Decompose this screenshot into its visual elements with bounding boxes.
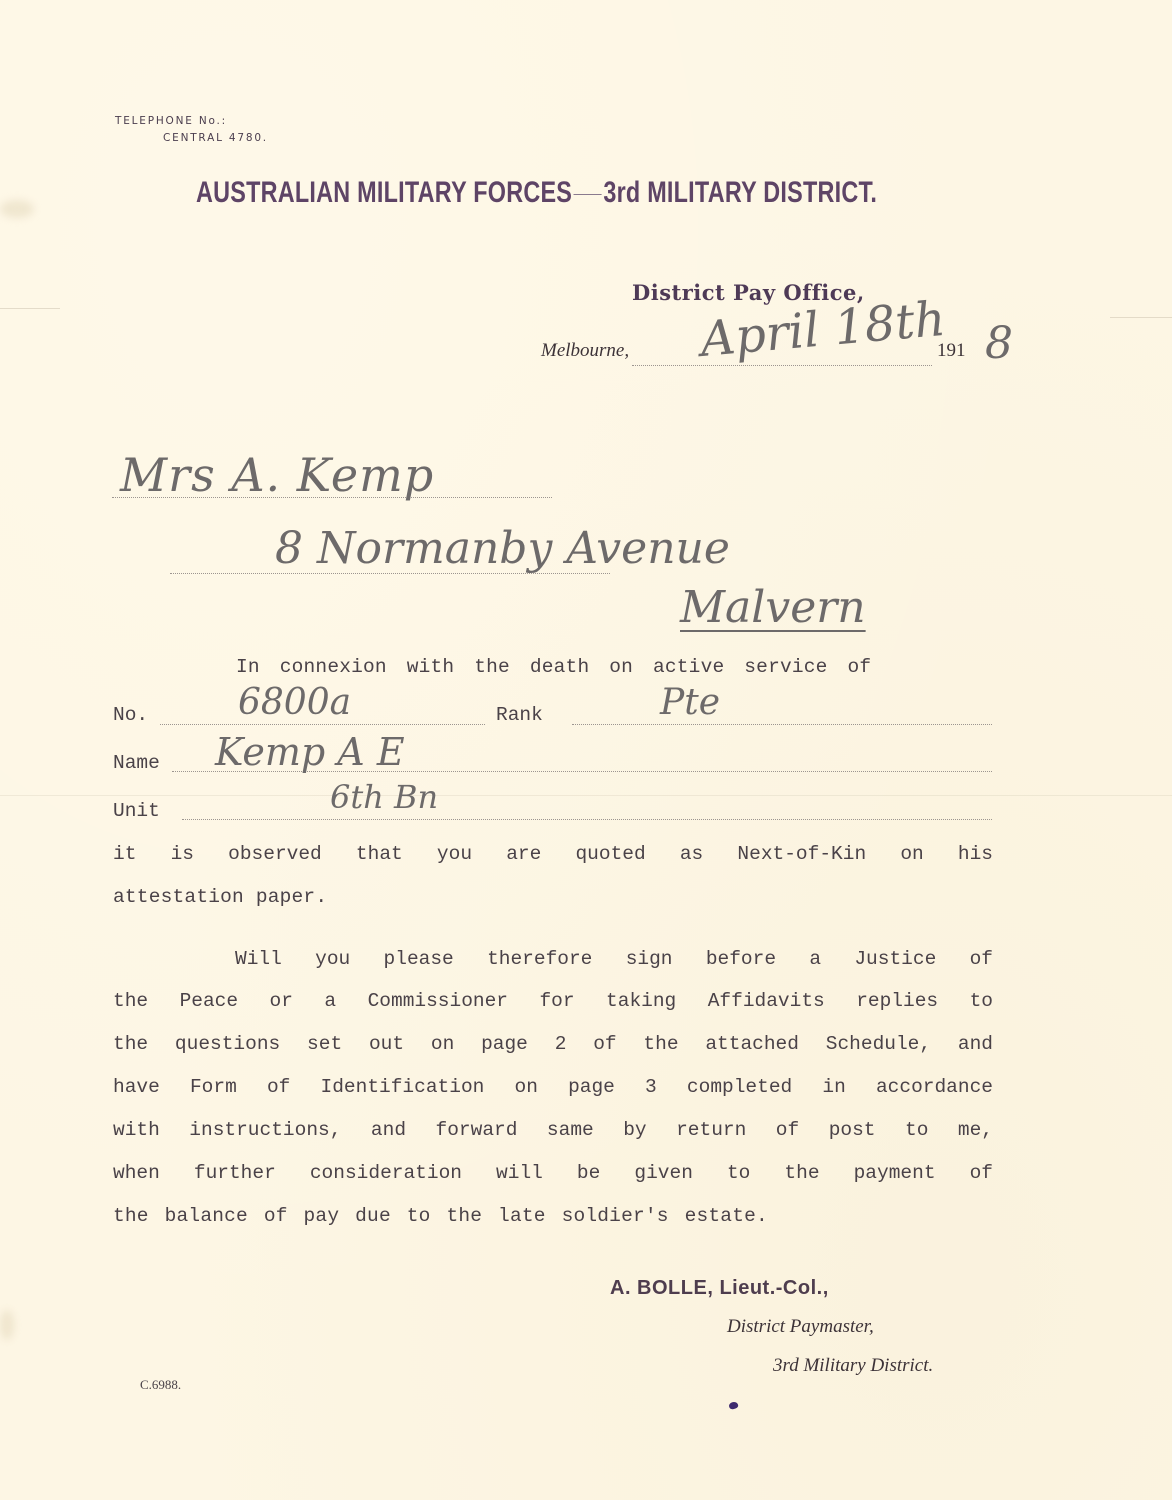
paper-stain bbox=[0, 200, 34, 218]
addressee-suburb: Malvern bbox=[680, 582, 866, 633]
heading-dash bbox=[574, 194, 602, 195]
no-label: No. bbox=[113, 704, 148, 726]
observation-line-1: it is observed that you are quoted as Ne… bbox=[113, 843, 993, 865]
intro-line: In connexion with the death on active se… bbox=[236, 656, 871, 678]
signatory-title-1: District Paymaster, bbox=[727, 1316, 874, 1338]
request-line-1: Will you please therefore sign before a … bbox=[235, 948, 993, 970]
telephone-label: TELEPHONE No.: bbox=[115, 113, 268, 130]
request-line-4: have Form of Identification on page 3 co… bbox=[113, 1076, 993, 1098]
request-line-7: the balance of pay due to the late soldi… bbox=[113, 1205, 768, 1227]
unit-value: 6th Bn bbox=[330, 778, 438, 816]
rank-field-line bbox=[572, 724, 992, 725]
name-value: Kemp A E bbox=[215, 730, 405, 774]
paper-fold-left bbox=[0, 308, 60, 309]
observation-line-2: attestation paper. bbox=[113, 886, 327, 908]
no-value: 6800a bbox=[238, 682, 351, 723]
request-line-2: the Peace or a Commissioner for taking A… bbox=[113, 990, 993, 1012]
paper-fold-middle bbox=[0, 795, 1172, 796]
handwritten-year-digit: 8 bbox=[985, 318, 1013, 369]
no-field-line bbox=[160, 724, 485, 725]
request-line-5: with instructions, and forward same by r… bbox=[113, 1119, 993, 1141]
city-label: Melbourne, bbox=[541, 340, 629, 362]
rank-value: Pte bbox=[660, 682, 720, 723]
paper-fold-right bbox=[1110, 317, 1172, 318]
signatory-name: A. BOLLE, Lieut.-Col., bbox=[610, 1277, 829, 1300]
form-code: C.6988. bbox=[140, 1377, 181, 1393]
district-name: 3rd MILITARY DISTRICT. bbox=[603, 176, 877, 209]
letterhead-heading: AUSTRALIAN MILITARY FORCES3rd MILITARY D… bbox=[196, 176, 877, 210]
organisation-name: AUSTRALIAN MILITARY FORCES bbox=[196, 176, 572, 209]
unit-field-line bbox=[182, 819, 992, 820]
addressee-name: Mrs A. Kemp bbox=[120, 448, 434, 502]
unit-label: Unit bbox=[113, 800, 160, 822]
signatory-title-2: 3rd Military District. bbox=[773, 1355, 933, 1377]
telephone-number: CENTRAL 4780. bbox=[115, 130, 268, 147]
date-dotted-line bbox=[632, 365, 932, 366]
paper-stain bbox=[0, 1310, 14, 1340]
rank-label: Rank bbox=[496, 704, 543, 726]
addressee-street: 8 Normanby Avenue bbox=[275, 523, 730, 574]
telephone-block: TELEPHONE No.: CENTRAL 4780. bbox=[115, 113, 268, 147]
request-line-6: when further consideration will be given… bbox=[113, 1162, 993, 1184]
name-label: Name bbox=[113, 752, 160, 774]
request-line-3: the questions set out on page 2 of the a… bbox=[113, 1033, 993, 1055]
letter-paper bbox=[0, 0, 1172, 1500]
